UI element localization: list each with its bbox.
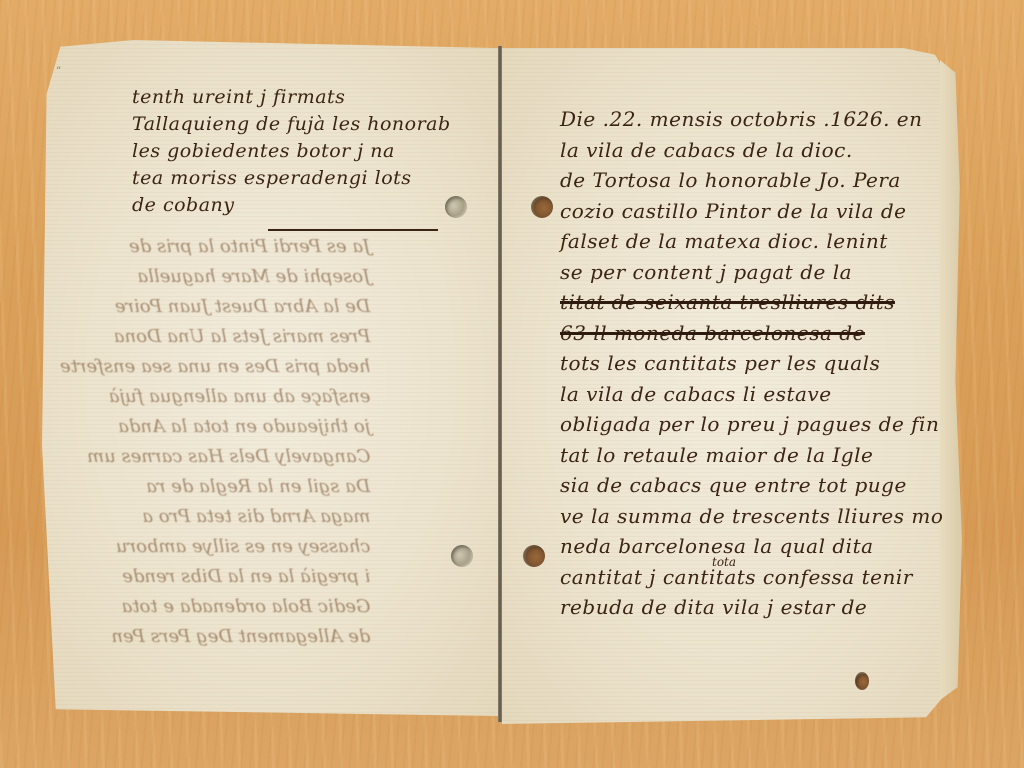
- foliation-mark: ”: [56, 66, 61, 77]
- bleed-through-text: Ja es Perdi Pinto la pris de Josephi de …: [60, 232, 370, 652]
- handwritten-line: cozio castillo Pintor de la vila de: [560, 196, 943, 227]
- open-manuscript: ” Ja es Perdi Pinto la pris de Josephi d…: [0, 0, 1024, 768]
- closing-rule-line: [268, 229, 438, 231]
- handwritten-line: falset de la matexa dioc. lenint: [560, 226, 943, 257]
- handwritten-line: tenth ureint j firmats: [132, 84, 451, 111]
- handwritten-line: ve la summa de trescents lliures mo: [560, 501, 943, 532]
- handwritten-line: obligada per lo preu j pagues de fin: [560, 409, 943, 440]
- left-page-text: tenth ureint j firmats Tallaquieng de fu…: [132, 84, 451, 219]
- handwritten-line: la vila de cabacs li estave: [560, 379, 943, 410]
- handwritten-line: de Tortosa lo honorable Jo. Pera: [560, 165, 943, 196]
- binding-hole-left-lower: [451, 545, 473, 567]
- handwritten-line: les gobiedentes botor j na: [132, 138, 451, 165]
- handwritten-line: Die .22. mensis octobris .1626. en: [560, 104, 943, 135]
- handwritten-line: Tallaquieng de fujà les honorab: [132, 111, 451, 138]
- book-spine-gutter: [498, 46, 502, 722]
- struck-through-line: 63 ll moneda barcelonesa de: [560, 318, 943, 349]
- handwritten-line: tots les cantitats per les quals: [560, 348, 943, 379]
- handwritten-line: la vila de cabacs de la dioc.: [560, 135, 943, 166]
- handwritten-line: cantitat j cantitats confessa tenir: [560, 562, 943, 593]
- binding-hole-right-upper: [531, 196, 553, 218]
- right-page-text: Die .22. mensis octobris .1626. en la vi…: [560, 104, 943, 623]
- handwritten-line: tat lo retaule maior de la Igle: [560, 440, 943, 471]
- handwritten-line: se per content j pagat de la: [560, 257, 943, 288]
- binding-hole-right-lower: [523, 545, 545, 567]
- handwritten-line: tea moriss esperadengi lots: [132, 165, 451, 192]
- handwritten-line: sia de cabacs que entre tot puge: [560, 470, 943, 501]
- handwritten-line: neda barcelonesa la qual dita: [560, 531, 943, 562]
- struck-through-line: titat de seixanta treslliures dits: [560, 287, 943, 318]
- handwritten-line: rebuda de dita vila j estar de: [560, 592, 943, 623]
- handwritten-line: de cobany: [132, 192, 451, 219]
- binding-hole-right-bottom: [855, 672, 869, 690]
- interlinear-insertion: tota: [712, 555, 736, 569]
